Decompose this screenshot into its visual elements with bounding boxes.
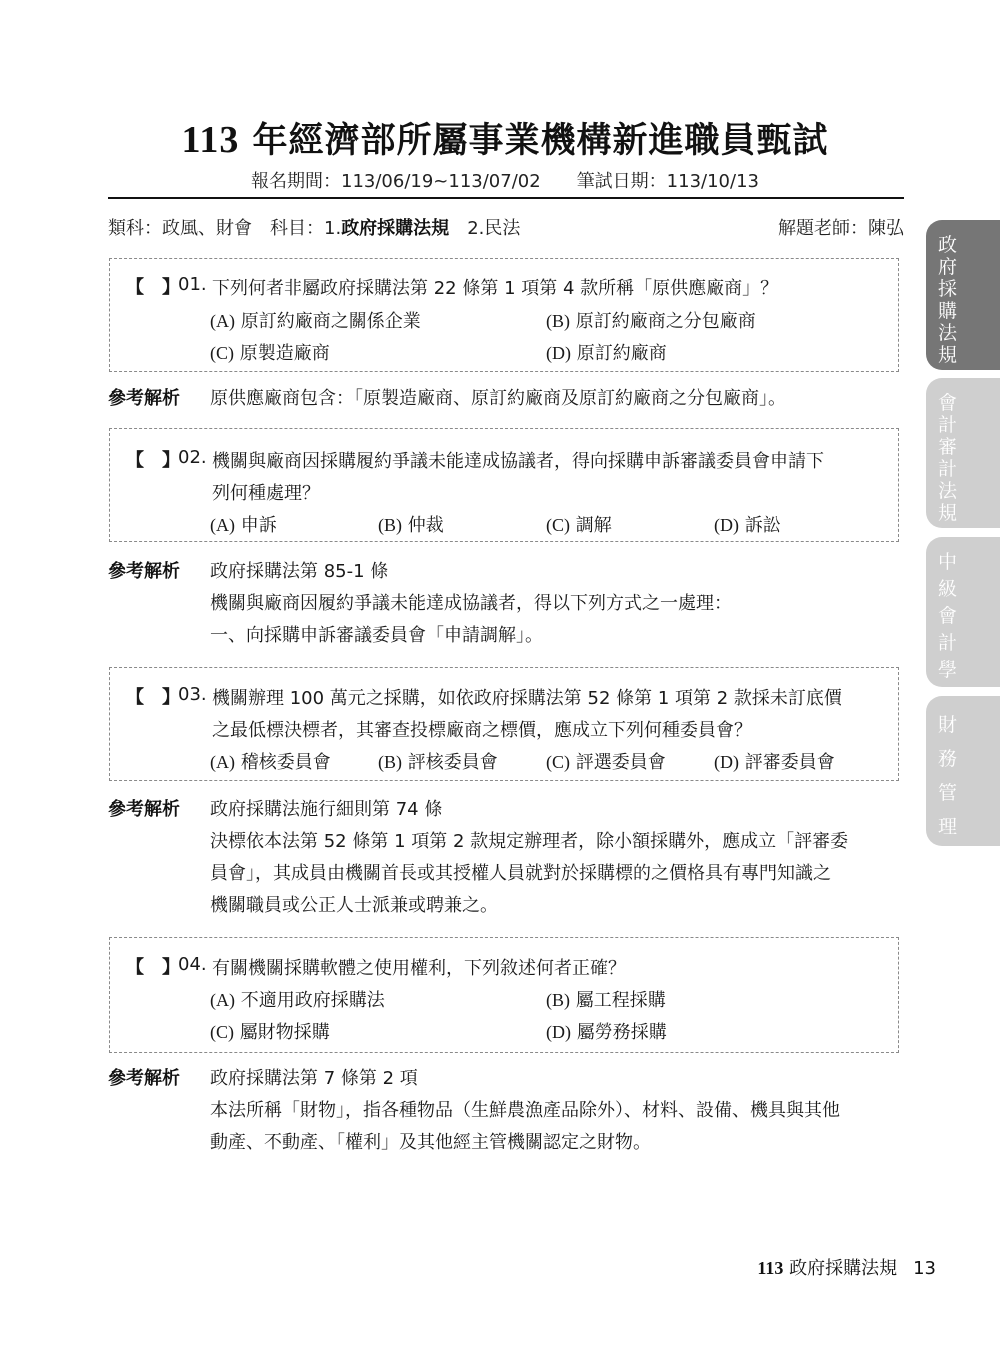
- answer-bracket-01[interactable]: 【 】: [126, 273, 180, 299]
- option-03-d[interactable]: (D) 評審委員會: [714, 748, 835, 774]
- answer-label-01: 參考解析: [108, 384, 180, 410]
- side-tab-procurement-law[interactable]: 政府採購法規: [926, 220, 1000, 370]
- option-02-a[interactable]: (A) 申訴: [210, 511, 277, 537]
- subject-2: 2.民法: [467, 218, 520, 239]
- side-tab-financial-management[interactable]: 財務管理: [926, 696, 1000, 846]
- answer-label-04: 參考解析: [108, 1064, 180, 1090]
- question-text-03-line2: 之最低標決標者，其審查投標廠商之標價，應成立下列何種委員會？: [212, 716, 752, 742]
- meta-row: 類科：政風、財會科目：1.政府採購法規2.民法 解題老師：陳弘: [108, 214, 904, 240]
- answer-text-04-line3: 動產、不動產、「權利」及其他經主管機關認定之財物。: [210, 1128, 651, 1154]
- answer-text-02-line1: 政府採購法第 85-1 條: [210, 557, 388, 583]
- answer-text-03-line3: 員會」，其成員由機關首長或其授權人員就對於採購標的之價格具有專門知識之: [210, 859, 831, 885]
- subject-prefix: 科目：1.: [270, 218, 341, 239]
- option-01-a[interactable]: (A) 原訂約廠商之關係企業: [210, 307, 421, 333]
- option-02-b[interactable]: (B) 仲裁: [378, 511, 444, 537]
- option-01-d[interactable]: (D) 原訂約廠商: [546, 339, 667, 365]
- registration-period: 報名期間：113/06/19~113/07/02: [251, 171, 541, 192]
- exam-dates: 報名期間：113/06/19~113/07/02筆試日期：113/10/13: [0, 167, 1000, 193]
- side-tab-intermediate-accounting[interactable]: 中級會計學: [926, 537, 1000, 687]
- question-number-01: 01.: [178, 274, 207, 295]
- exam-date: 筆試日期：113/10/13: [577, 171, 759, 192]
- answer-text-02-line3: 一、向採購申訴審議委員會「申請調解」。: [210, 621, 543, 647]
- option-04-a[interactable]: (A) 不適用政府採購法: [210, 986, 385, 1012]
- answer-text-02-line2: 機關與廠商因履約爭議未能達成協議者，得以下列方式之一處理：: [210, 589, 732, 615]
- page-number: 13: [913, 1258, 936, 1279]
- option-04-b[interactable]: (B) 屬工程採購: [546, 986, 666, 1012]
- answer-label-03: 參考解析: [108, 795, 180, 821]
- answer-text-03-line1: 政府採購法施行細則第 74 條: [210, 795, 442, 821]
- question-number-03: 03.: [178, 684, 207, 705]
- option-02-c[interactable]: (C) 調解: [546, 511, 612, 537]
- option-01-c[interactable]: (C) 原製造廠商: [210, 339, 330, 365]
- option-03-c[interactable]: (C) 評選委員會: [546, 748, 666, 774]
- answer-bracket-04[interactable]: 【 】: [126, 953, 180, 979]
- category: 類科：政風、財會: [108, 218, 252, 239]
- question-text-01: 下列何者非屬政府採購法第 22 條第 1 項第 4 款所稱「原供應廠商」？: [212, 274, 778, 300]
- question-number-04: 04.: [178, 954, 207, 975]
- page-footer: 113 政府採購法規13: [700, 1254, 936, 1280]
- answer-text-04-line1: 政府採購法第 7 條第 2 項: [210, 1064, 418, 1090]
- title-year: 113: [181, 119, 239, 161]
- option-03-a[interactable]: (A) 稽核委員會: [210, 748, 331, 774]
- answer-text-03-line2: 決標依本法第 52 條第 1 項第 2 款規定辦理者，除小額採購外，應成立「評審…: [210, 827, 848, 853]
- answer-text-03-line4: 機關職員或公正人士派兼或聘兼之。: [210, 891, 498, 917]
- option-04-d[interactable]: (D) 屬勞務採購: [546, 1018, 667, 1044]
- side-tab-audit-law[interactable]: 會計審計法規: [926, 378, 1000, 528]
- footer-book-title: 政府採購法規: [783, 1258, 897, 1279]
- footer-book-num: 113: [757, 1258, 783, 1278]
- teacher: 解題老師：陳弘: [778, 214, 904, 240]
- answer-bracket-02[interactable]: 【 】: [126, 446, 180, 472]
- question-text-04: 有關機關採購軟體之使用權利，下列敘述何者正確？: [212, 954, 626, 980]
- option-01-b[interactable]: (B) 原訂約廠商之分包廠商: [546, 307, 756, 333]
- title-text: 年經濟部所屬事業機構新進職員甄試: [239, 121, 828, 161]
- option-02-d[interactable]: (D) 訴訟: [714, 511, 781, 537]
- answer-text-01: 原供應廠商包含：「原製造廠商、原訂約廠商及原訂約廠商之分包廠商」。: [210, 384, 786, 410]
- option-03-b[interactable]: (B) 評核委員會: [378, 748, 498, 774]
- question-text-02-line1: 機關與廠商因採購履約爭議未能達成協議者，得向採購申訴審議委員會申請下: [212, 447, 824, 473]
- question-text-03-line1: 機關辦理 100 萬元之採購，如依政府採購法第 52 條第 1 項第 2 款採未…: [212, 684, 842, 710]
- question-number-02: 02.: [178, 447, 207, 468]
- page-title: 113 年經濟部所屬事業機構新進職員甄試: [0, 113, 1000, 163]
- subject-1: 政府採購法規: [341, 218, 449, 239]
- question-text-02-line2: 列何種處理？: [212, 479, 320, 505]
- answer-bracket-03[interactable]: 【 】: [126, 683, 180, 709]
- header-divider: [108, 197, 904, 199]
- answer-label-02: 參考解析: [108, 557, 180, 583]
- answer-text-04-line2: 本法所稱「財物」，指各種物品（生鮮農漁產品除外）、材料、設備、機具與其他: [210, 1096, 840, 1122]
- option-04-c[interactable]: (C) 屬財物採購: [210, 1018, 330, 1044]
